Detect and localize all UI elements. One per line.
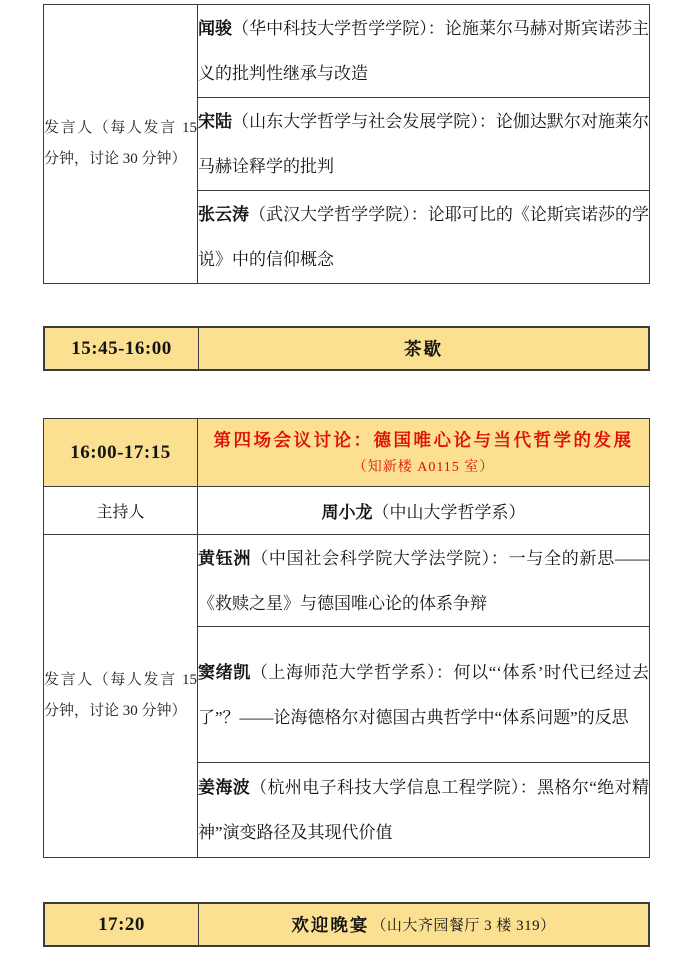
speaker-detail: （杭州电子科技大学信息工程学院）：黑格尔“绝对精神”演变路径及其现代价值	[198, 778, 649, 842]
tea-break-time-cell: 15:45-16:00	[45, 328, 199, 369]
speakers-role-label: 发言人（每人发言 15 分钟，讨论 30 分钟）	[44, 535, 198, 858]
speaker-detail: （武汉大学哲学学院）：论耶可比的《论斯宾诺莎的学说》中的信仰概念	[198, 205, 649, 269]
session3-speakers-table: 发言人（每人发言 15 分钟，讨论 30 分钟） 闻骏（华中科技大学哲学学院）：…	[43, 4, 650, 284]
speaker-row: 发言人（每人发言 15 分钟，讨论 30 分钟） 闻骏（华中科技大学哲学学院）：…	[44, 5, 650, 98]
moderator-detail: （中山大学哲学系）	[373, 503, 526, 522]
moderator-row: 主持人 周小龙（中山大学哲学系）	[44, 487, 650, 535]
speaker-detail: （中国社会科学院大学法学院）：一与全的新思——《救赎之星》与德国唯心论的体系争辩	[198, 549, 649, 613]
speaker-name: 窦绪凯	[198, 663, 251, 682]
speaker-entry: 宋陆（山东大学哲学与社会发展学院）：论伽达默尔对施莱尔马赫诠释学的批判	[198, 98, 650, 191]
banquet-location: （山大齐园餐厅 3 楼 319）	[371, 914, 555, 935]
banquet-time: 17:20	[98, 914, 145, 936]
speaker-name: 张云涛	[198, 205, 249, 224]
speaker-name: 黄钰洲	[198, 549, 251, 568]
banquet-label: 欢迎晚宴	[291, 912, 369, 937]
moderator-name: 周小龙	[322, 503, 373, 522]
speaker-detail: （华中科技大学哲学学院）：论施莱尔马赫对斯宾诺莎主义的批判性继承与改造	[198, 19, 649, 83]
session-time: 16:00-17:15	[70, 442, 170, 463]
speaker-entry: 张云涛（武汉大学哲学学院）：论耶可比的《论斯宾诺莎的学说》中的信仰概念	[198, 191, 650, 284]
welcome-banquet-row: 17:20 欢迎晚宴 （山大齐园餐厅 3 楼 319）	[43, 902, 650, 947]
session3-speakers-block: 发言人（每人发言 15 分钟，讨论 30 分钟） 闻骏（华中科技大学哲学学院）：…	[43, 4, 650, 284]
speaker-entry: 黄钰洲（中国社会科学院大学法学院）：一与全的新思——《救赎之星》与德国唯心论的体…	[198, 535, 650, 627]
moderator-role-label: 主持人	[44, 487, 198, 535]
session-time-cell: 16:00-17:15	[44, 419, 198, 487]
speaker-detail: （山东大学哲学与社会发展学院）：论伽达默尔对施莱尔马赫诠释学的批判	[198, 112, 649, 176]
moderator-entry: 周小龙（中山大学哲学系）	[198, 487, 650, 535]
tea-break-label: 茶歇	[404, 336, 443, 361]
speaker-entry: 姜海波（杭州电子科技大学信息工程学院）：黑格尔“绝对精神”演变路径及其现代价值	[198, 763, 650, 858]
speaker-name: 闻骏	[198, 19, 232, 38]
speaker-name: 宋陆	[198, 112, 232, 131]
session-header-row: 16:00-17:15 第四场会议讨论：德国唯心论与当代哲学的发展 （知新楼 A…	[44, 419, 650, 487]
conference-program-page: 发言人（每人发言 15 分钟，讨论 30 分钟） 闻骏（华中科技大学哲学学院）：…	[0, 0, 691, 973]
banquet-label-cell: 欢迎晚宴 （山大齐园餐厅 3 楼 319）	[199, 904, 648, 945]
speaker-row: 发言人（每人发言 15 分钟，讨论 30 分钟） 黄钰洲（中国社会科学院大学法学…	[44, 535, 650, 627]
speaker-entry: 窦绪凯（上海师范大学哲学系）：何以“‘体系’时代已经过去了”？——论海德格尔对德…	[198, 627, 650, 763]
tea-break-row: 15:45-16:00 茶歇	[43, 326, 650, 371]
session4-table: 16:00-17:15 第四场会议讨论：德国唯心论与当代哲学的发展 （知新楼 A…	[43, 418, 650, 858]
speaker-detail: （上海师范大学哲学系）：何以“‘体系’时代已经过去了”？——论海德格尔对德国古典…	[198, 663, 649, 727]
session-title-cell: 第四场会议讨论：德国唯心论与当代哲学的发展 （知新楼 A0115 室）	[198, 419, 650, 487]
session-title: 第四场会议讨论：德国唯心论与当代哲学的发展	[198, 425, 649, 456]
tea-break-label-cell: 茶歇	[199, 328, 648, 369]
banquet-time-cell: 17:20	[45, 904, 199, 945]
session4-block: 16:00-17:15 第四场会议讨论：德国唯心论与当代哲学的发展 （知新楼 A…	[43, 418, 650, 858]
session-location: （知新楼 A0115 室）	[198, 456, 649, 480]
speaker-entry: 闻骏（华中科技大学哲学学院）：论施莱尔马赫对斯宾诺莎主义的批判性继承与改造	[198, 5, 650, 98]
tea-break-time: 15:45-16:00	[71, 338, 171, 360]
speaker-name: 姜海波	[198, 778, 250, 797]
speakers-role-label: 发言人（每人发言 15 分钟，讨论 30 分钟）	[44, 5, 198, 284]
